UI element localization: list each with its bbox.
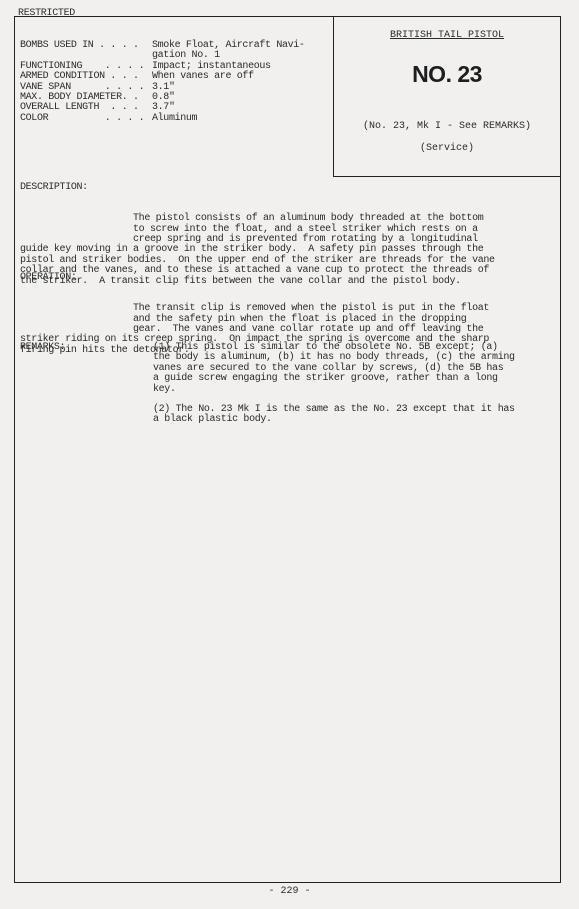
remark-item: (1) This pistol is similar to the obsole… <box>153 343 515 395</box>
text-line: a black plastic body. <box>153 415 515 425</box>
spec-label: BOMBS USED IN . . . . <box>20 41 152 51</box>
description-label: DESCRIPTION: <box>20 183 88 193</box>
spec-list: BOMBS USED IN . . . . Smoke Float, Aircr… <box>20 41 305 124</box>
spec-value: Aluminum <box>152 114 197 124</box>
text-line: a guide screw engaging the striker groov… <box>153 374 515 384</box>
item-number: NO. 23 <box>334 61 560 88</box>
item-status: (Service) <box>334 143 560 154</box>
spec-label: COLOR . . . . <box>20 114 152 124</box>
remarks-section: REMARKS: (1) This pistol is similar to t… <box>20 343 550 374</box>
title-box: BRITISH TAIL PISTOL NO. 23 (No. 23, Mk I… <box>333 16 561 177</box>
remark-item: (2) The No. 23 Mk I is the same as the N… <box>153 405 515 426</box>
operation-label: OPERATION: <box>20 273 77 283</box>
remarks-text: (1) This pistol is similar to the obsole… <box>153 343 515 436</box>
spec-row: COLOR . . . . Aluminum <box>20 114 305 124</box>
text-line: key. <box>153 385 515 395</box>
item-category: BRITISH TAIL PISTOL <box>334 30 560 41</box>
page-number: - 229 - <box>0 886 579 897</box>
item-subtitle: (No. 23, Mk I - See REMARKS) <box>334 121 560 132</box>
remarks-label: REMARKS: <box>20 343 65 353</box>
